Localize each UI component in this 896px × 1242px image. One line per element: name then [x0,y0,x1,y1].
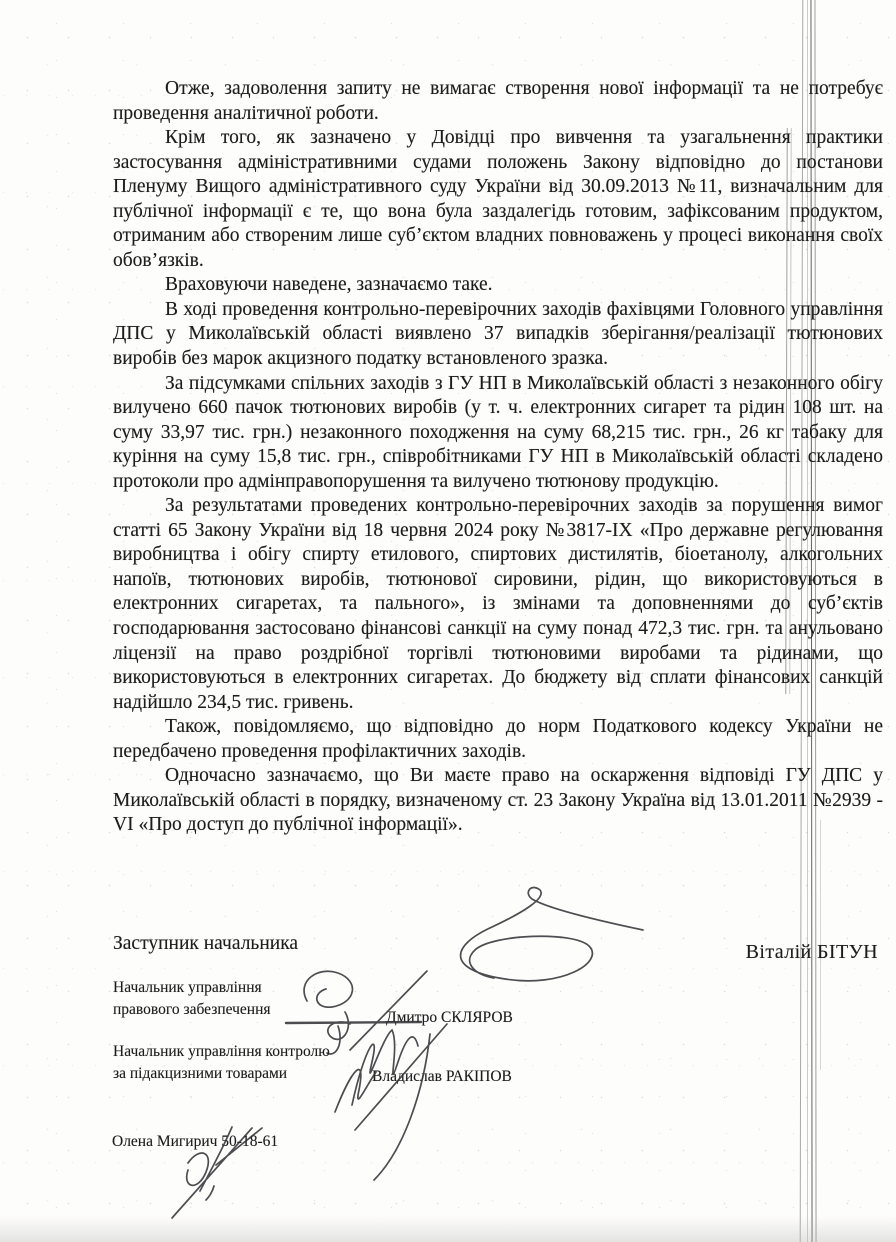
paragraph: За підсумками спільних заходів з ГУ НП в… [113,372,883,495]
paragraph: Одночасно зазначаємо, що Ви маєте право … [113,764,883,838]
scanned-letter-page: Отже, задоволення запиту не вимагає ство… [0,0,896,1242]
signer-title: Заступник начальника [113,933,298,955]
paragraph: Також, повідомляємо, що відповідно до но… [113,715,883,764]
letter-body: Отже, задоволення запиту не вимагає ство… [113,77,883,838]
official-2-name: Владислав РАКІПОВ [372,1066,512,1088]
official-1-name: Дмитро СКЛЯРОВ [386,1007,513,1029]
scan-bottom-shadow [0,1216,896,1242]
paragraph: В ході проведення контрольно-перевірочни… [113,298,883,372]
official-1-title: Начальник управління правового забезпече… [113,977,271,1020]
signature-bitun [461,887,643,980]
paragraph: Отже, задоволення запиту не вимагає ство… [113,77,883,126]
paragraph: За результатами проведених контрольно-пе… [113,494,883,715]
signature-rakipov [335,1024,447,1180]
official-2-title: Начальник управління контролю за підакци… [113,1041,330,1084]
paragraph: Враховуючи наведене, зазначаємо таке. [113,273,883,298]
official-1-title-line-1: Начальник управління [113,977,271,999]
paragraph: Крім того, як зазначено у Довідці про ви… [113,126,883,273]
official-1-title-line-2: правового забезпечення [113,999,271,1021]
official-2-title-line-2: за підакцизними товарами [113,1063,330,1085]
signer-name: Віталій БІТУН [746,941,878,964]
official-2-title-line-1: Начальник управління контролю [113,1041,330,1063]
executor-contact: Олена Мигирич 50-18-61 [112,1131,278,1153]
